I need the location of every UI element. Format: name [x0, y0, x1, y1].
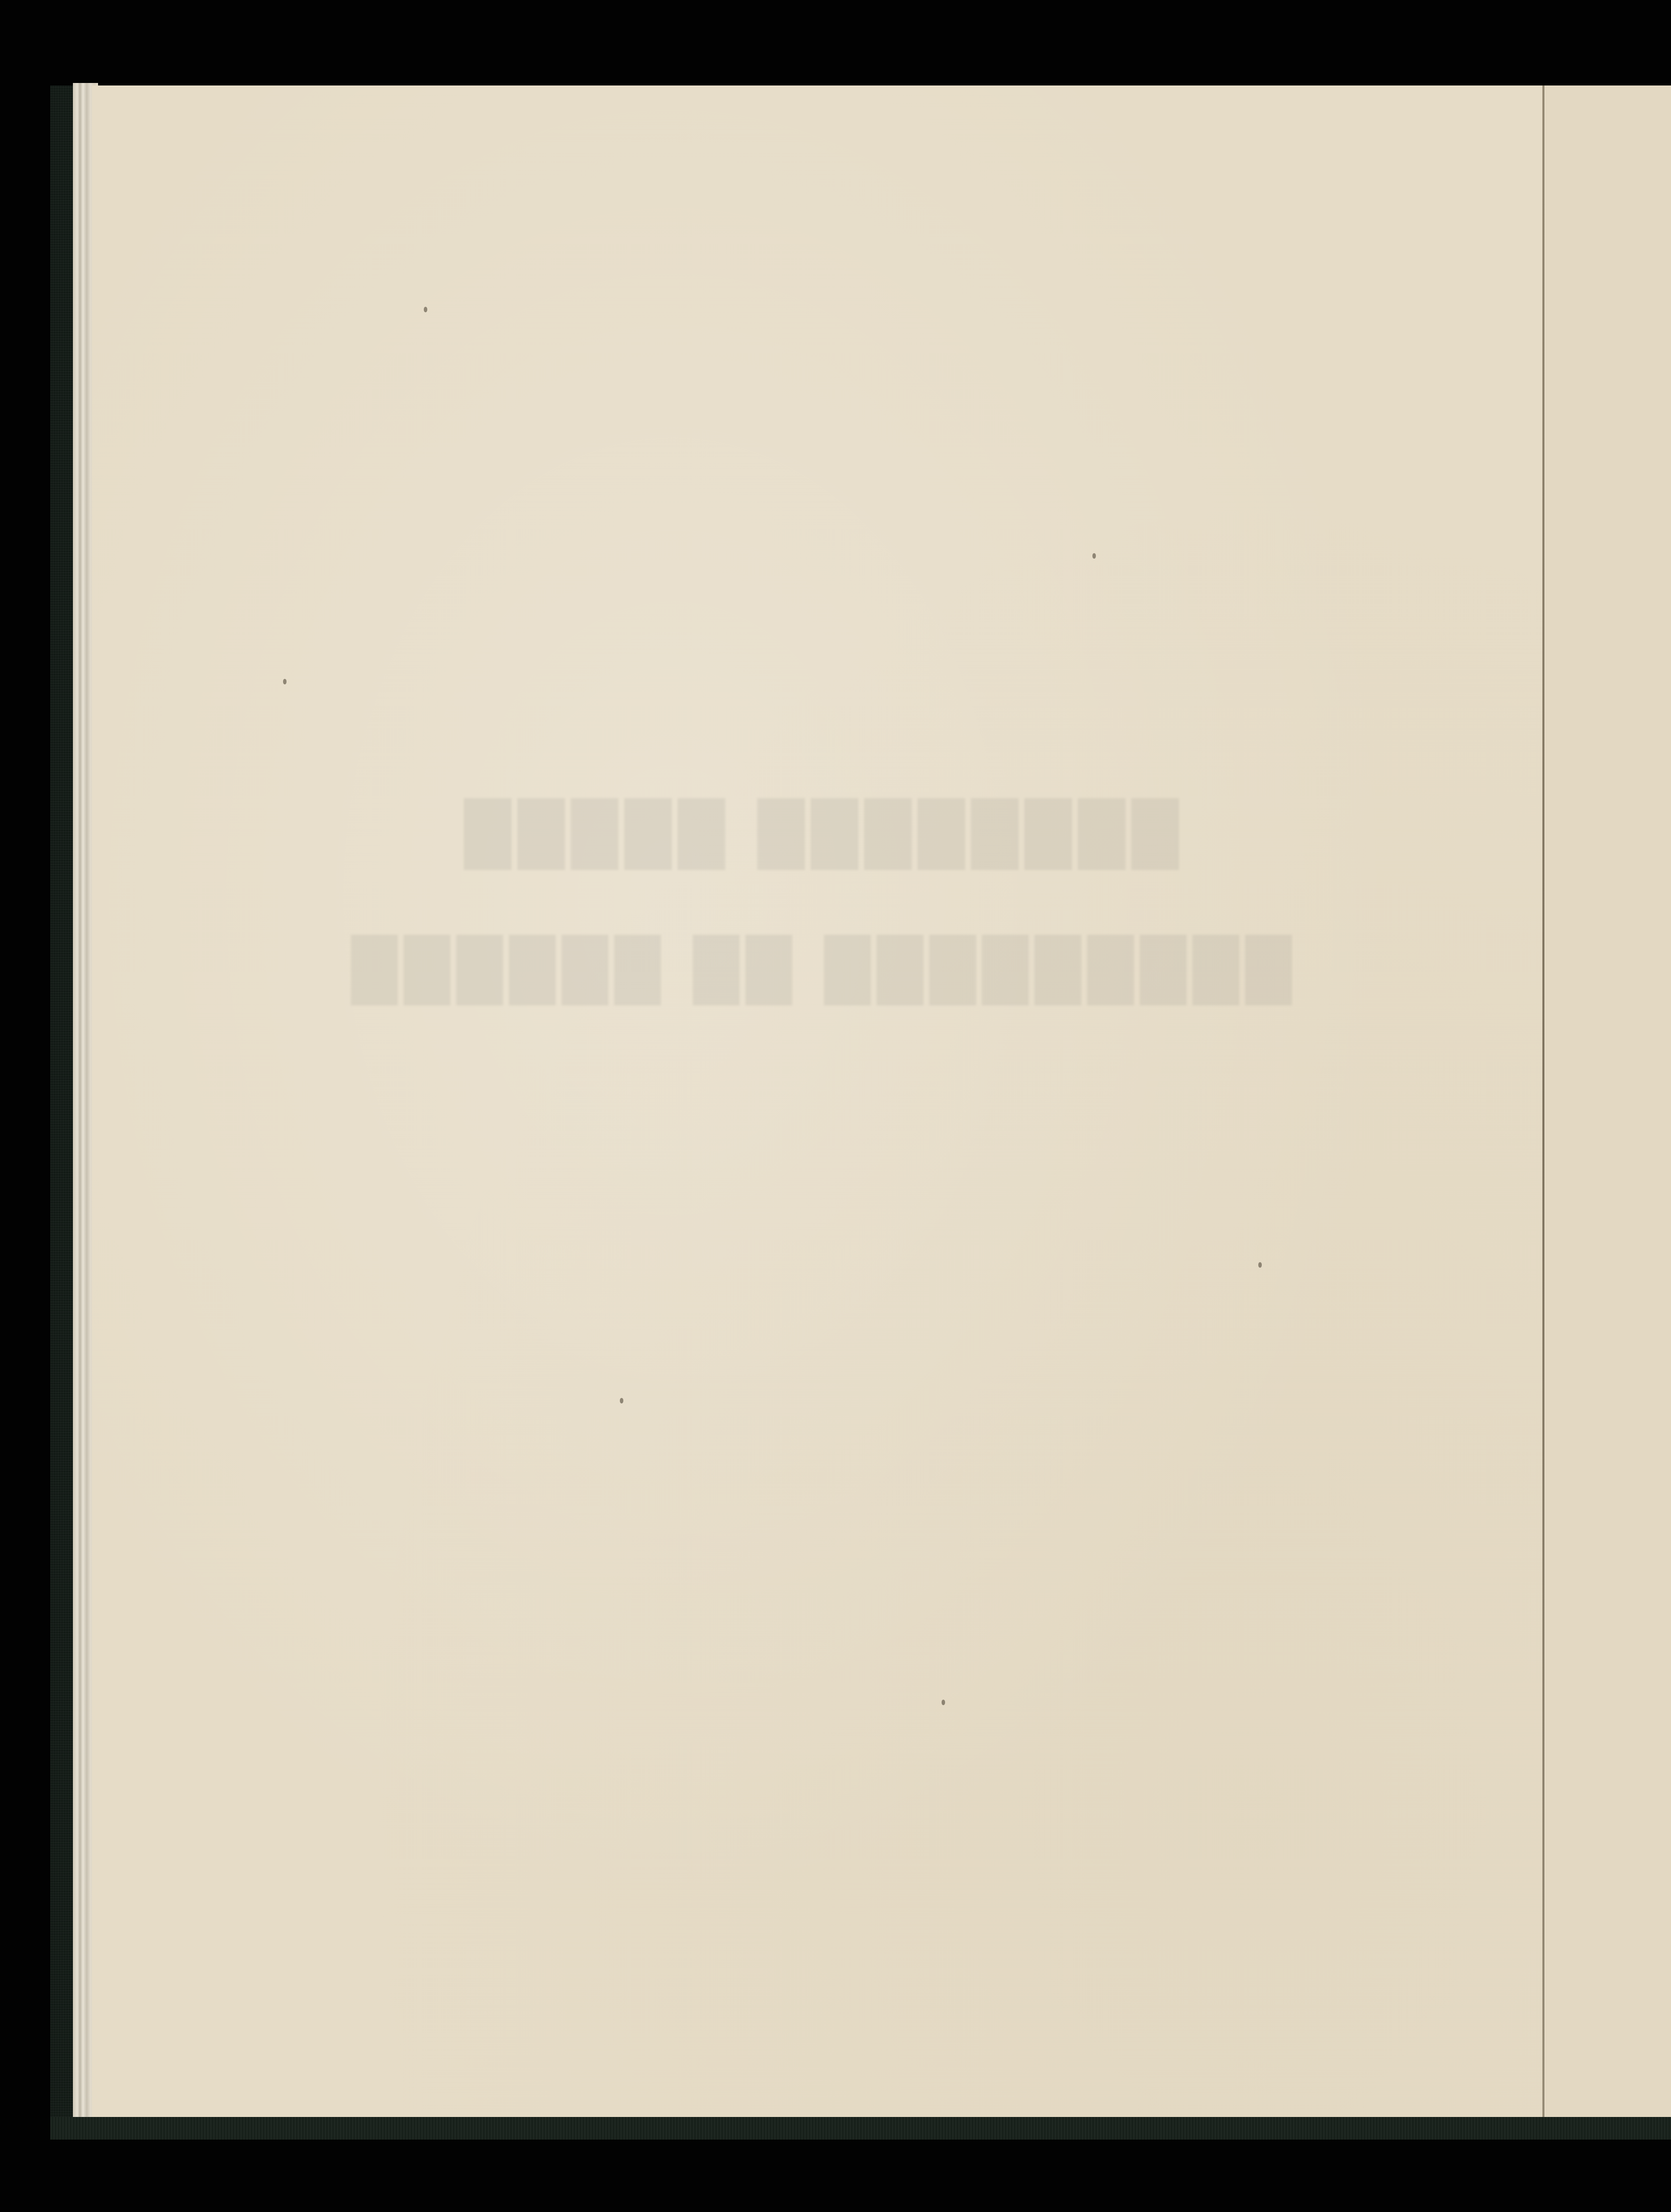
- paper-speck: [283, 679, 287, 684]
- left-page: ████████ █████ █████████ ██ ██████: [92, 85, 1544, 2117]
- book-cover-bottom-edge: [50, 2117, 1671, 2140]
- paper-speck: [1092, 553, 1096, 559]
- paper-speck: [1258, 1262, 1262, 1268]
- paper-speck: [942, 1700, 945, 1705]
- show-through-title-line-1: ████████ █████: [92, 800, 1544, 869]
- paper-speck: [620, 1398, 623, 1403]
- show-through-title-line-2: █████████ ██ ██████: [92, 935, 1544, 1005]
- right-page-edge: [1544, 85, 1671, 2117]
- paper-speck: [424, 307, 427, 312]
